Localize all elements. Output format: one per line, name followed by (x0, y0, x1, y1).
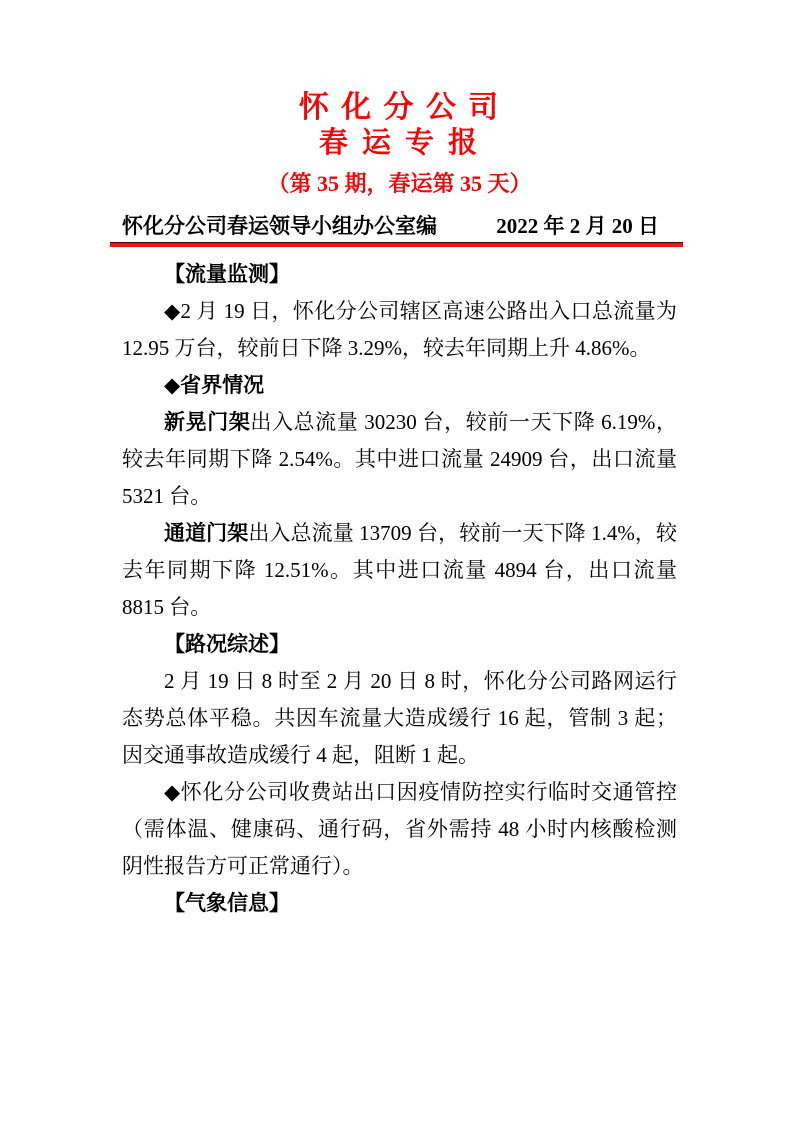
document-page: 怀 化 分 公 司 春 运 专 报 （第 35 期，春运第 35 天） 怀化分公… (0, 0, 793, 1122)
tongdao-gantry-label: 通道门架 (164, 522, 248, 545)
paragraph-epidemic-control: ◆怀化分公司收费站出口因疫情防控实行临时交通管控（需体温、健康码、通行码，省外需… (122, 774, 677, 885)
report-title: 春 运 专 报 (122, 126, 677, 160)
report-date: 2022 年 2 月 20 日 (496, 213, 677, 239)
document-body: 【流量监测】 ◆2 月 19 日，怀化分公司辖区高速公路出入口总流量为 12.9… (122, 256, 677, 922)
company-title: 怀 化 分 公 司 (122, 90, 677, 126)
paragraph-xinhuang-gantry: 新晃门架出入总流量 30230 台，较前一天下降 6.19%，较去年同期下降 2… (122, 404, 677, 515)
paragraph-road-summary: 2 月 19 日 8 时至 2 月 20 日 8 时，怀化分公司路网运行态势总体… (122, 663, 677, 774)
xinhuang-gantry-label: 新晃门架 (164, 411, 250, 434)
paragraph-tongdao-gantry: 通道门架出入总流量 13709 台，较前一天下降 1.4%，较去年同期下降 12… (122, 515, 677, 626)
section-header-weather-info: 【气象信息】 (122, 885, 677, 922)
subheader-provincial-border: ◆省界情况 (122, 367, 677, 404)
editor-byline: 怀化分公司春运领导小组办公室编 (122, 213, 437, 239)
section-header-road-conditions: 【路况综述】 (122, 626, 677, 663)
byline-row: 怀化分公司春运领导小组办公室编 2022 年 2 月 20 日 (122, 213, 677, 239)
paragraph-traffic-total: ◆2 月 19 日，怀化分公司辖区高速公路出入口总流量为 12.95 万台，较前… (122, 293, 677, 367)
issue-line: （第 35 期，春运第 35 天） (122, 171, 677, 197)
red-divider-rule (110, 242, 683, 247)
section-header-traffic-monitoring: 【流量监测】 (122, 256, 677, 293)
masthead: 怀 化 分 公 司 春 运 专 报 （第 35 期，春运第 35 天） (122, 90, 677, 197)
